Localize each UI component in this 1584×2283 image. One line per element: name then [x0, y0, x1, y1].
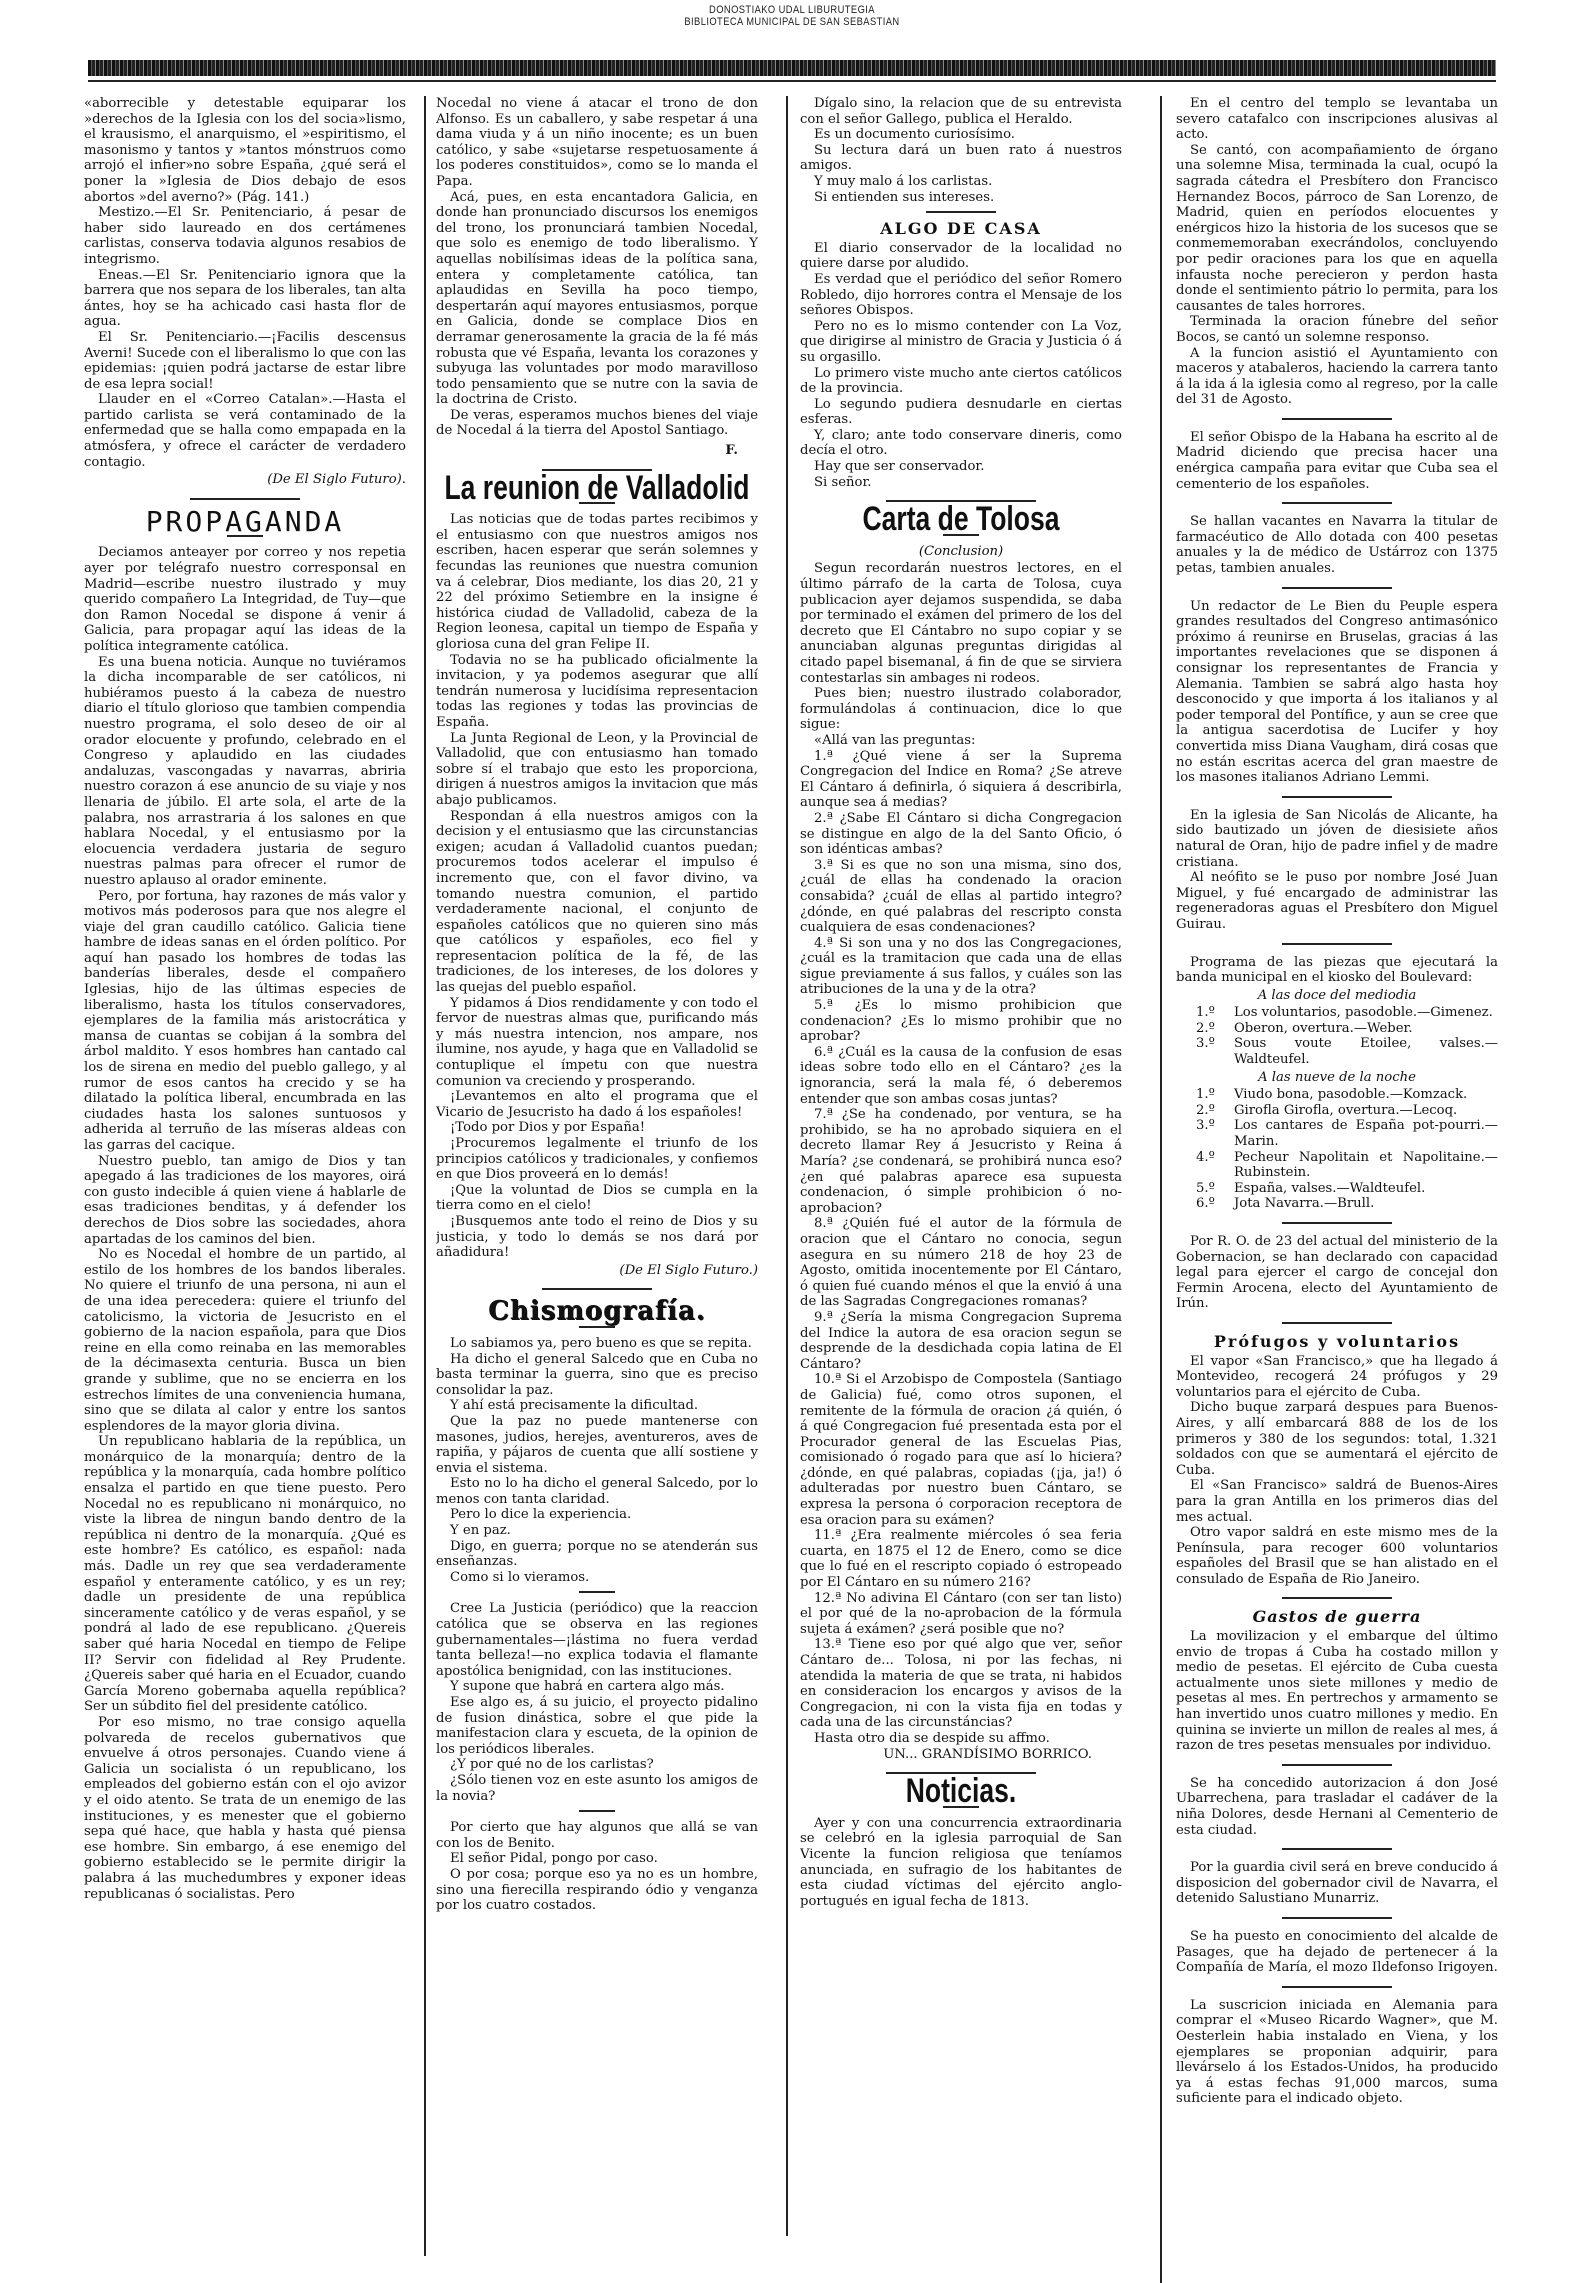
- column-4: En el centro del templo se levantaba un …: [1176, 96, 1498, 2263]
- paragraph: O por cosa; porque eso ya no es un hombr…: [436, 1867, 758, 1914]
- paragraph: ¿Y por qué no de los carlistas?: [436, 1757, 758, 1773]
- source-attribution: (De El Siglo Futuro).: [84, 472, 406, 488]
- column-divider: [786, 96, 788, 2236]
- item-separator: [1282, 587, 1392, 589]
- paragraph: No es Nocedal el hombre de un partido, a…: [84, 1247, 406, 1434]
- paragraph: Hasta otro dia se despide su affmo.: [800, 1731, 1122, 1747]
- paragraph: ¡Que la voluntad de Dios se cumpla en la…: [436, 1183, 758, 1214]
- headline-gastos-de-guerra: Gastos de guerra: [1176, 1609, 1498, 1625]
- paragraph: En el centro del templo se levantaba un …: [1176, 96, 1498, 143]
- paragraph: «Allá van las preguntas:: [800, 733, 1122, 749]
- section-separator: [542, 1288, 652, 1290]
- question: 11.ª ¿Era realmente miércoles ó sea feri…: [800, 1528, 1122, 1590]
- paragraph: Que la paz no puede mantenerse con mason…: [436, 1414, 758, 1476]
- paragraph: Mestizo.—El Sr. Penitenciario, á pesar d…: [84, 205, 406, 267]
- paragraph: Y muy malo á los carlistas.: [800, 174, 1122, 190]
- paragraph: Pero lo dice la experiencia.: [436, 1507, 758, 1523]
- masthead-rule: [88, 80, 1496, 82]
- paragraph: Llauder en el «Correo Catalan».—Hasta el…: [84, 392, 406, 470]
- paragraph: El diario conservador de la localidad no…: [800, 241, 1122, 272]
- archive-stamp-line2: BIBLIOTECA MUNICIPAL DE SAN SEBASTIAN: [119, 16, 1465, 28]
- question: 6.ª ¿Cuál es la causa de la confusion de…: [800, 1045, 1122, 1107]
- paragraph: ¡Todo por Dios y por España!: [436, 1120, 758, 1136]
- paragraph: ¡Procuremos legalmente el triunfo de los…: [436, 1136, 758, 1183]
- subtitle-conclusion: (Conclusion): [800, 544, 1122, 560]
- paragraph: Ese algo es, á su juicio, el proyecto pi…: [436, 1695, 758, 1757]
- paragraph: Eneas.—El Sr. Penitenciario ignora que l…: [84, 268, 406, 330]
- program-item: 1.ºLos voluntarios, pasodoble.—Gimenez.: [1196, 1005, 1498, 1021]
- program-intro: Programa de las piezas que ejecutará la …: [1176, 955, 1498, 986]
- paragraph: Por eso mismo, no trae consigo aquella p…: [84, 1715, 406, 1902]
- source-attribution: (De El Siglo Futuro.): [436, 1263, 758, 1279]
- paragraph: Por cierto que hay algunos que allá se v…: [436, 1820, 758, 1851]
- paragraph: Es un documento curiosísimo.: [800, 127, 1122, 143]
- paragraph: Pero, por fortuna, hay razones de más va…: [84, 889, 406, 1154]
- question: 13.ª Tiene eso por qué algo que ver, señ…: [800, 1637, 1122, 1731]
- paragraph: Lo primero viste mucho ante ciertos cató…: [800, 366, 1122, 397]
- column-divider: [1160, 96, 1162, 2283]
- archive-stamp: DONOSTIAKO UDAL LIBURUTEGIA BIBLIOTECA M…: [119, 4, 1465, 28]
- paragraph: La Junta Regional de Leon, y la Provinci…: [436, 731, 758, 809]
- program-item: 4.ºPecheur Napolitain et Napolitaine.—Ru…: [1196, 1150, 1498, 1181]
- news-item: Un redactor de Le Bien du Peuple espera …: [1176, 599, 1498, 786]
- paragraph: Como si lo vieramos.: [436, 1570, 758, 1586]
- item-separator: [1282, 1764, 1392, 1766]
- headline-profugos: Prófugos y voluntarios: [1176, 1334, 1498, 1350]
- news-item: El señor Obispo de la Habana ha escrito …: [1176, 430, 1498, 492]
- paragraph: De veras, esperamos muchos bienes del vi…: [436, 408, 758, 439]
- paragraph: «aborrecible y detestable equiparar los …: [84, 96, 406, 205]
- column-divider: [424, 96, 426, 2256]
- question: 2.ª ¿Sabe El Cántaro si dicha Congregaci…: [800, 811, 1122, 858]
- program-item: 3.ºLos cantares de España pot-pourri.—Ma…: [1196, 1118, 1498, 1149]
- program-item: 2.ºOberon, overtura.—Weber.: [1196, 1021, 1498, 1037]
- paragraph: Esto no lo ha dicho el general Salcedo, …: [436, 1476, 758, 1507]
- paragraph: Cree La Justicia (periódico) que la reac…: [436, 1601, 758, 1679]
- paragraph: Es verdad que el periódico del señor Rom…: [800, 272, 1122, 319]
- question: 10.ª Si el Arzobispo de Compostela (Sant…: [800, 1372, 1122, 1528]
- section-separator: [926, 211, 996, 213]
- program-item: 3.ºSous voute Etoilee, valses.—Waldteufe…: [1196, 1036, 1498, 1067]
- program-item: 5.ºEspaña, valses.—Waldteufel.: [1196, 1181, 1498, 1197]
- paragraph: Nuestro pueblo, tan amigo de Dios y tan …: [84, 1154, 406, 1248]
- question: 8.ª ¿Quién fué el autor de la fórmula de…: [800, 1216, 1122, 1310]
- item-separator: [1282, 1597, 1392, 1599]
- paragraph: A la funcion asistió el Ayuntamiento con…: [1176, 346, 1498, 408]
- headline-algo-de-casa: ALGO DE CASA: [800, 221, 1122, 237]
- paragraph: Pues bien; nuestro ilustrado colaborador…: [800, 686, 1122, 733]
- program-heading-night: A las nueve de la noche: [1176, 1070, 1498, 1086]
- item-separator: [1282, 502, 1392, 504]
- item-separator: [1282, 796, 1392, 798]
- paragraph: Deciamos anteayer por correo y nos repet…: [84, 545, 406, 654]
- paragraph: Acá, pues, en esta encantadora Galicia, …: [436, 190, 758, 408]
- item-separator: [1282, 1222, 1392, 1224]
- program-item: 6.ºJota Navarra.—Brull.: [1196, 1196, 1498, 1212]
- headline-propaganda: PROPAGANDA: [84, 514, 406, 530]
- paragraph: Lo segundo pudiera desnudarle en ciertas…: [800, 397, 1122, 428]
- question: 12.ª No adivina El Cántaro (con ser tan …: [800, 1591, 1122, 1638]
- section-separator: [190, 498, 300, 500]
- item-separator: [1282, 1848, 1392, 1850]
- headline-carta-de-tolosa: Carta de Tolosa: [804, 512, 1118, 528]
- paragraph: ¿Sólo tienen voz en este asunto los amig…: [436, 1773, 758, 1804]
- question: 1.ª ¿Qué viene á ser la Suprema Congrega…: [800, 749, 1122, 811]
- news-item: Por la guardia civil será en breve condu…: [1176, 1860, 1498, 1907]
- paragraph: Segun recordarán nuestros lectores, en e…: [800, 561, 1122, 686]
- column-3: Dígalo sino, la relacion que de su entre…: [800, 96, 1122, 2263]
- news-item: Se ha concedido autorizacion á don José …: [1176, 1776, 1498, 1838]
- news-item: En la iglesia de San Nicolás de Alicante…: [1176, 808, 1498, 870]
- program-heading-noon: A las doce del mediodia: [1176, 988, 1498, 1004]
- question: 4.ª Si son una y no dos las Congregacion…: [800, 936, 1122, 998]
- question: 5.ª ¿Es lo mismo prohibicion que condena…: [800, 998, 1122, 1045]
- paragraph: La movilizacion y el embarque del último…: [1176, 1629, 1498, 1754]
- paragraph: Nocedal no viene á atacar el trono de do…: [436, 96, 758, 190]
- news-item: Por R. O. de 23 del actual del ministeri…: [1176, 1234, 1498, 1312]
- news-item: La suscricion iniciada en Alemania para …: [1176, 1998, 1498, 2107]
- paragraph: Y en paz.: [436, 1523, 758, 1539]
- item-separator: [579, 1810, 615, 1812]
- headline-noticias: Noticias.: [804, 1784, 1118, 1800]
- paragraph: Su lectura dará un buen rato á nuestros …: [800, 143, 1122, 174]
- signature: F.: [436, 443, 738, 459]
- paragraph: Hay que ser conservador.: [800, 459, 1122, 475]
- column-2: Nocedal no viene á atacar el trono de do…: [436, 96, 758, 2263]
- paragraph: Digo, en guerra; porque no se atenderán …: [436, 1539, 758, 1570]
- question: 9.ª ¿Sería la misma Congregacion Suprema…: [800, 1310, 1122, 1372]
- headline-rule: [579, 1326, 615, 1328]
- paragraph: Y ahí está precisamente la dificultad.: [436, 1398, 758, 1414]
- program-item: 2.ºGirofla Girofla, overtura.—Lecoq.: [1196, 1103, 1498, 1119]
- paragraph: El vapor «San Francisco,» que ha llegado…: [1176, 1354, 1498, 1401]
- paragraph: Ha dicho el general Salcedo que en Cuba …: [436, 1352, 758, 1399]
- item-separator: [1282, 943, 1392, 945]
- news-item: Se ha puesto en conocimiento del alcalde…: [1176, 1929, 1498, 1976]
- item-separator: [1282, 1986, 1392, 1988]
- program-item: 1.ºViudo bona, pasodoble.—Komzack.: [1196, 1087, 1498, 1103]
- paragraph: Dicho buque zarpará despues para Buenos-…: [1176, 1400, 1498, 1478]
- paragraph: Es una buena noticia. Aunque no tuviéram…: [84, 655, 406, 889]
- masthead-band: [88, 60, 1496, 76]
- paragraph: El Sr. Penitenciario.—¡Facilis descensus…: [84, 330, 406, 392]
- headline-valladolid: La reunion de Valladolid: [440, 481, 754, 497]
- paragraph: Y pidamos á Dios rendidamente y con todo…: [436, 996, 758, 1090]
- paragraph: Pero no es lo mismo contender con La Voz…: [800, 319, 1122, 366]
- news-item: Se hallan vacantes en Navarra la titular…: [1176, 514, 1498, 576]
- paragraph: Terminada la oracion fúnebre del señor B…: [1176, 314, 1498, 345]
- item-separator: [579, 1591, 615, 1593]
- question: 7.ª ¿Se ha condenado, por ventura, se ha…: [800, 1107, 1122, 1216]
- item-separator: [1282, 418, 1392, 420]
- item-separator: [1282, 1322, 1392, 1324]
- paragraph: Lo sabiamos ya, pero bueno es que se rep…: [436, 1336, 758, 1352]
- paragraph: Otro vapor saldrá en este mismo mes de l…: [1176, 1525, 1498, 1587]
- archive-stamp-line1: DONOSTIAKO UDAL LIBURUTEGIA: [119, 4, 1465, 16]
- paragraph: ¡Busquemos ante todo el reino de Dios y …: [436, 1214, 758, 1261]
- news-item: Al neófito se le puso por nombre José Ju…: [1176, 870, 1498, 932]
- paragraph: Y, claro; ante todo conservare dineris, …: [800, 428, 1122, 459]
- column-1: «aborrecible y detestable equiparar los …: [84, 96, 406, 2263]
- paragraph: Un republicano hablaria de la república,…: [84, 1434, 406, 1715]
- paragraph: Ayer y con una concurrencia extraordinar…: [800, 1816, 1122, 1910]
- paragraph: Se cantó, con acompañamiento de órgano u…: [1176, 143, 1498, 315]
- paragraph: El «San Francisco» saldrá de Buenos-Aire…: [1176, 1478, 1498, 1525]
- paragraph: Si señor.: [800, 475, 1122, 491]
- paragraph: Y supone que habrá en cartera algo más.: [436, 1679, 758, 1695]
- paragraph: Dígalo sino, la relacion que de su entre…: [800, 96, 1122, 127]
- signature: UN... GRANDÍSIMO BORRICO.: [800, 1747, 1092, 1763]
- paragraph: Respondan á ella nuestros amigos con la …: [436, 809, 758, 996]
- paragraph: ¡Levantemos en alto el programa que el V…: [436, 1089, 758, 1120]
- paragraph: Las noticias que de todas partes recibim…: [436, 512, 758, 652]
- paragraph: Si entienden sus intereses.: [800, 190, 1122, 206]
- headline-chismografia: Chismografía.: [436, 1304, 758, 1320]
- paragraph: El señor Pidal, pongo por caso.: [436, 1851, 758, 1867]
- question: 3.ª Si es que no son una misma, sino dos…: [800, 858, 1122, 936]
- paragraph: Todavia no se ha publicado oficialmente …: [436, 653, 758, 731]
- item-separator: [1282, 1917, 1392, 1919]
